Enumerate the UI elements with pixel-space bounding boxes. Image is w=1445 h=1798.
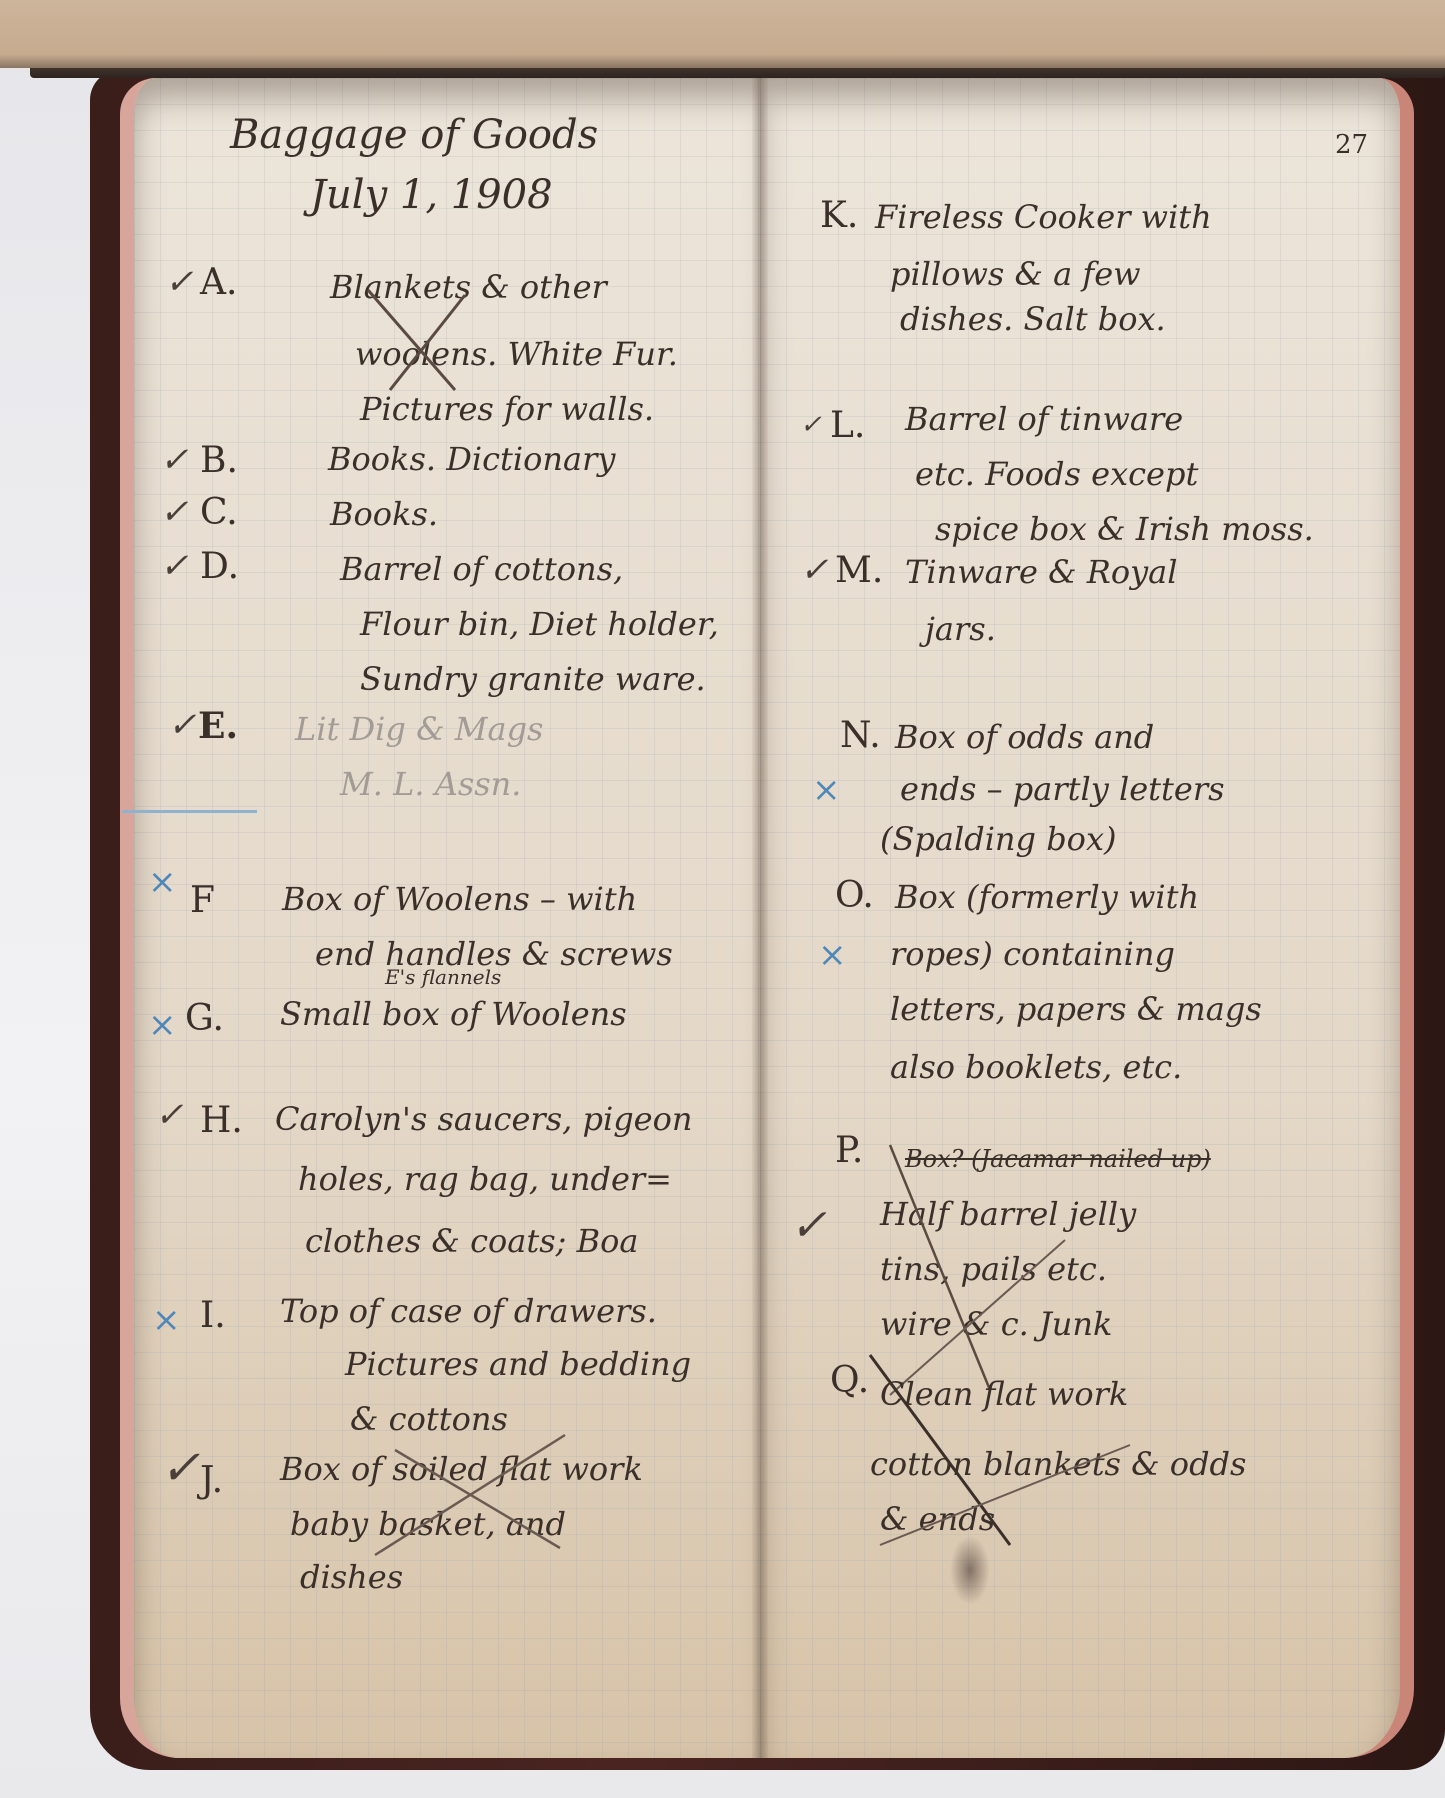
check-mark-icon: ✓: [168, 705, 197, 745]
entry-line: dishes: [300, 1558, 403, 1596]
check-mark-icon: ✓: [160, 546, 189, 586]
entry-insertion: E's flannels: [385, 965, 501, 989]
entry-line: etc. Foods except: [915, 455, 1198, 493]
entry-letter: L.: [830, 405, 865, 446]
double-check-mark-icon: ✓: [790, 1200, 827, 1251]
entry-line: also booklets, etc.: [890, 1048, 1182, 1086]
entry-letter: G.: [185, 998, 224, 1039]
blue-x-mark-icon: ×: [812, 770, 841, 810]
entry-line: spice box & Irish moss.: [935, 510, 1314, 548]
entry-letter: H.: [200, 1100, 243, 1141]
entry-line: Books.: [330, 495, 438, 533]
entry-line: Barrel of cottons,: [340, 550, 623, 588]
blue-x-mark-icon: ×: [148, 862, 177, 902]
entry-line: Pictures and bedding: [345, 1345, 691, 1383]
entry-line: Box (formerly with: [895, 878, 1199, 916]
blue-x-mark-icon: ×: [152, 1300, 181, 1340]
blue-x-mark-icon: ×: [148, 1005, 177, 1045]
check-mark-icon: ✓: [160, 440, 189, 480]
entry-line: Flour bin, Diet holder,: [360, 605, 719, 643]
struck-line: Box? (Jacamar nailed up): [905, 1145, 1211, 1173]
entry-line: ends – partly letters: [900, 770, 1225, 808]
entry-line: Barrel of tinware: [905, 400, 1183, 438]
entry-line-faint: Lit Dig & Mags: [295, 710, 543, 748]
check-mark-icon: ✓: [800, 550, 829, 590]
entry-line: pillows & a few: [890, 255, 1141, 293]
entry-line: woolens. White Fur.: [355, 335, 678, 373]
page-title: Baggage of Goods: [230, 112, 598, 158]
entry-letter: K.: [820, 195, 858, 236]
entry-line: Top of case of drawers.: [280, 1292, 657, 1330]
entry-line: (Spalding box): [880, 820, 1116, 858]
entry-letter: J.: [200, 1460, 223, 1501]
entry-line: Pictures for walls.: [360, 390, 654, 428]
entry-letter: B.: [200, 440, 238, 481]
ink-smudge: [950, 1535, 990, 1605]
entry-line: Box of Woolens – with: [282, 880, 637, 918]
blue-divider-line: [122, 810, 257, 813]
entry-line: dishes. Salt box.: [900, 300, 1166, 338]
check-mark-icon: ✓: [160, 492, 189, 532]
entry-line: Small box of Woolens: [280, 995, 627, 1033]
entry-line: wire & c. Junk: [880, 1305, 1112, 1343]
check-mark-icon: ✓: [165, 262, 194, 302]
entry-letter: C.: [200, 492, 238, 533]
entry-letter: A.: [200, 262, 237, 303]
entry-line: Carolyn's saucers, pigeon: [275, 1100, 692, 1138]
blue-x-mark-icon: ×: [818, 935, 847, 975]
entry-line: jars.: [925, 610, 996, 648]
entry-line: letters, papers & mags: [890, 990, 1262, 1028]
entry-letter: I.: [200, 1295, 226, 1336]
entry-line: Clean flat work: [880, 1375, 1128, 1413]
check-mark-icon: ✓: [155, 1095, 184, 1135]
entry-line: Blankets & other: [330, 268, 607, 306]
entry-line: Half barrel jelly: [880, 1195, 1136, 1233]
entry-line: & ends: [880, 1500, 995, 1538]
entry-letter: O.: [835, 875, 874, 916]
entry-line: Books. Dictionary: [328, 440, 615, 478]
entry-letter: Q.: [830, 1360, 869, 1401]
check-mark-icon: ✓: [800, 410, 822, 440]
entry-line: baby basket, and: [290, 1505, 566, 1543]
cardboard-top: [0, 0, 1445, 68]
entry-line: Sundry granite ware.: [360, 660, 706, 698]
entry-letter: E.: [198, 705, 238, 747]
entry-line: ropes) containing: [890, 935, 1175, 973]
page-number: 27: [1335, 130, 1368, 160]
entry-line: Box of soiled flat work: [280, 1450, 643, 1488]
entry-line: tins, pails etc.: [880, 1250, 1107, 1288]
entry-line: & cottons: [350, 1400, 508, 1438]
entry-letter: M.: [835, 550, 883, 591]
book-gutter: [752, 78, 768, 1758]
entry-letter: F: [190, 880, 215, 921]
check-mark-icon: ✓: [160, 1440, 200, 1496]
entry-letter: N.: [840, 715, 881, 756]
entry-line: Box of odds and: [895, 718, 1154, 756]
entry-line: Fireless Cooker with: [875, 198, 1212, 236]
entry-line: holes, rag bag, under=: [298, 1160, 672, 1198]
entry-letter: P.: [835, 1130, 863, 1171]
entry-line: cotton blankets & odds: [870, 1445, 1246, 1483]
entry-line: clothes & coats; Boa: [305, 1222, 638, 1260]
entry-line-faint: M. L. Assn.: [340, 765, 521, 803]
entry-line: Tinware & Royal: [905, 553, 1177, 591]
entry-letter: D.: [200, 546, 239, 587]
page-date: July 1, 1908: [310, 172, 553, 218]
